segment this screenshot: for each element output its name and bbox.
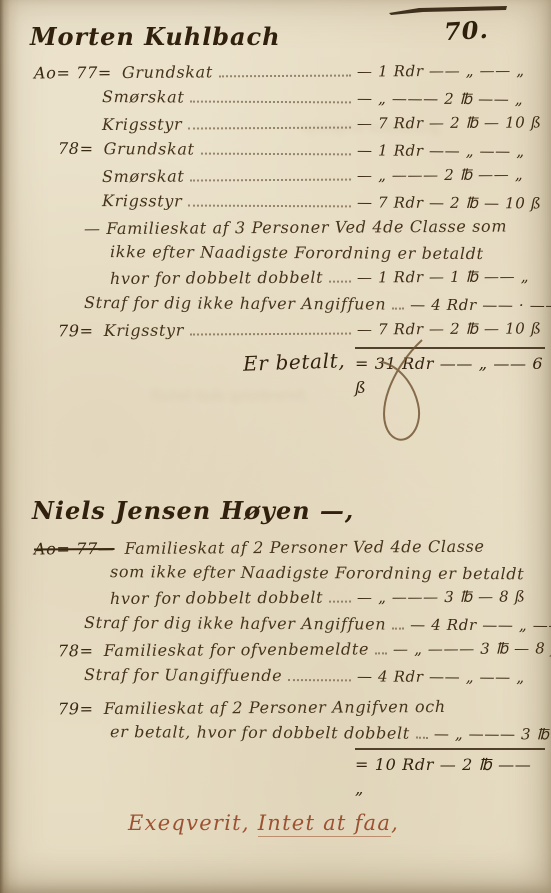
execution-note-text: Exeqverit, Intet at faa, [128,811,399,837]
section-2-entries: Ao= 77— Familieskat af 2 Personer Ved 4d… [0,535,551,746]
section-2-sum: = 10 Rdr — 2 ℔ —— „ [0,748,551,801]
year-label-struck: Ao= 77— [34,536,115,561]
dot-leader [392,616,404,630]
entry-text: Straf for Uangiffuende [84,662,282,688]
ledger-line: Krigsstyr — 7 Rdr — 2 ℔ — 10 ß [0,109,551,138]
entry-text: hvor for dobbelt dobbelt [110,585,323,611]
sum-amount: = 10 Rdr — 2 ℔ —— „ [355,748,545,801]
sum-label: Er betalt, [242,348,345,376]
section-1-sum: Er betalt, = 31 Rdr —— „ —— 6 ß [0,347,551,400]
ledger-line: Straf for dig ikke hafver Angiffuen — 4 … [0,610,551,639]
tax-name: Smørskat [102,164,185,190]
year-label: Ao= 77= [34,60,112,85]
ledger-line: — Familieskat af 3 Personer Ved 4de Clas… [0,213,551,241]
entry-text: som ikke efter Naadigste Forordning er b… [110,559,524,586]
dot-leader [288,667,351,681]
dot-leader [190,89,351,104]
entry-text: Straf for dig ikke hafver Angiffuen [84,610,386,637]
dot-leader [329,269,351,283]
tax-name: Grundskat [122,59,213,85]
entry-text: Familieskat for ofvenbemeldte [104,636,369,663]
ledger-line: er betalt, hvor for dobbelt dobbelt — „ … [0,719,551,748]
tax-name: Grundskat [104,136,195,161]
dot-leader [190,167,351,182]
page-content: Morten Kuhlbach Ao= 77= Grundskat — 1 Rd… [0,0,551,835]
section-1-entries: Ao= 77= Grundskat — 1 Rdr —— „ —— „ Smør… [0,59,551,343]
tax-name: Smørskat [102,84,185,109]
entry-text: — Familieskat af 3 Personer Ved 4de Clas… [84,214,507,242]
ledger-line: Krigsstyr — 7 Rdr — 2 ℔ — 10 ß [0,188,551,217]
ledger-line: Smørskat — „ ——— 2 ℔ —— „ [0,84,551,113]
section-2-header: Niels Jensen Høyen —, [0,400,551,525]
entry-text: Straf for dig ikke hafver Angiffuen [84,290,386,317]
dot-leader [219,63,351,78]
amount: — 1 Rdr —— „ —— „ [357,138,545,164]
amount: — „ ——— 3 ℔ — 8 ß [357,584,545,610]
ledger-line: 78= Grundskat — 1 Rdr —— „ —— „ [0,136,551,165]
amount: — 7 Rdr — 2 ℔ — 10 ß [357,110,545,136]
year-label: 79= [58,318,94,343]
ledger-line: Ao= 77= Grundskat — 1 Rdr —— „ —— „ [0,57,551,86]
tax-name: Krigsstyr [104,318,184,343]
dot-leader [329,589,351,603]
ledger-line: som ikke efter Naadigste Forordning er b… [0,559,551,587]
dot-leader [375,640,387,654]
dot-leader [190,321,351,336]
dot-leader [188,115,351,130]
amount: — 4 Rdr —— „ —— „ [357,664,545,690]
execution-note: Exeqverit, Intet at faa, [0,811,551,835]
year-label: 78= [58,136,94,161]
ledger-line: Smørskat — „ ——— 2 ℔ —— „ [0,161,551,190]
dot-leader [416,725,428,739]
entry-text: ikke efter Naadigste Forordning er betal… [110,239,484,266]
account-holder-name-1: Morten Kuhlbach [30,22,281,51]
amount: — 7 Rdr — 2 ℔ — 10 ß [357,190,545,216]
ledger-line: 78= Familieskat for ofvenbemeldte — „ ——… [0,635,551,664]
ledger-line: hvor for dobbelt dobbelt — 1 Rdr — 1 ℔ —… [0,263,551,292]
entry-text: Familieskat af 2 Personer Ved 4de Classe [124,534,484,561]
dot-leader [188,193,351,208]
amount: — 1 Rdr — 1 ℔ —— „ [357,264,545,290]
amount: — „ ——— 3 ℔ — 8 ß [434,722,551,748]
note-suffix: , [391,811,399,835]
amount: — „ ——— 2 ℔ —— „ [357,86,545,112]
ledger-line: ikke efter Naadigste Forordning er betal… [0,239,551,267]
ledger-line: Straf for Uangiffuende — 4 Rdr —— „ —— „ [0,662,551,691]
pen-flourish [352,338,452,448]
amount: — „ ——— 3 ℔ — 8 ß [393,636,551,662]
section-1-header: Morten Kuhlbach [0,0,551,51]
entry-text: er betalt, hvor for dobbelt dobbelt [110,719,410,746]
ledger-line: Ao= 77— Familieskat af 2 Personer Ved 4d… [0,533,551,561]
tax-name: Krigsstyr [102,188,182,213]
entry-text: Familieskat af 2 Personer Angifven och [104,694,446,721]
ledger-line: Straf for dig ikke hafver Angiffuen — 4 … [0,290,551,319]
dot-leader [392,296,404,310]
year-label: 79= [58,696,94,721]
amount: — „ ——— 2 ℔ —— „ [357,162,545,188]
dot-leader [201,141,351,156]
tax-name: Krigsstyr [102,112,182,137]
ledger-line: 79= Familieskat af 2 Personer Angifven o… [0,693,551,721]
note-underlined: Intet at faa [258,811,391,837]
amount: — 1 Rdr —— „ —— „ [357,58,545,84]
entry-text: hvor for dobbelt dobbelt [110,265,323,291]
ledger-line: 79= Krigsstyr — 7 Rdr — 2 ℔ — 10 ß [0,315,551,344]
year-label: 78= [58,638,94,663]
account-holder-name-2: Niels Jensen Høyen —, [32,496,354,525]
note-prefix: Exeqverit, [128,811,258,835]
manuscript-page: 70. Morten Kuhlbach Ao= 77= Grundskat — … [0,0,551,893]
ledger-line: hvor for dobbelt dobbelt — „ ——— 3 ℔ — 8… [0,583,551,612]
